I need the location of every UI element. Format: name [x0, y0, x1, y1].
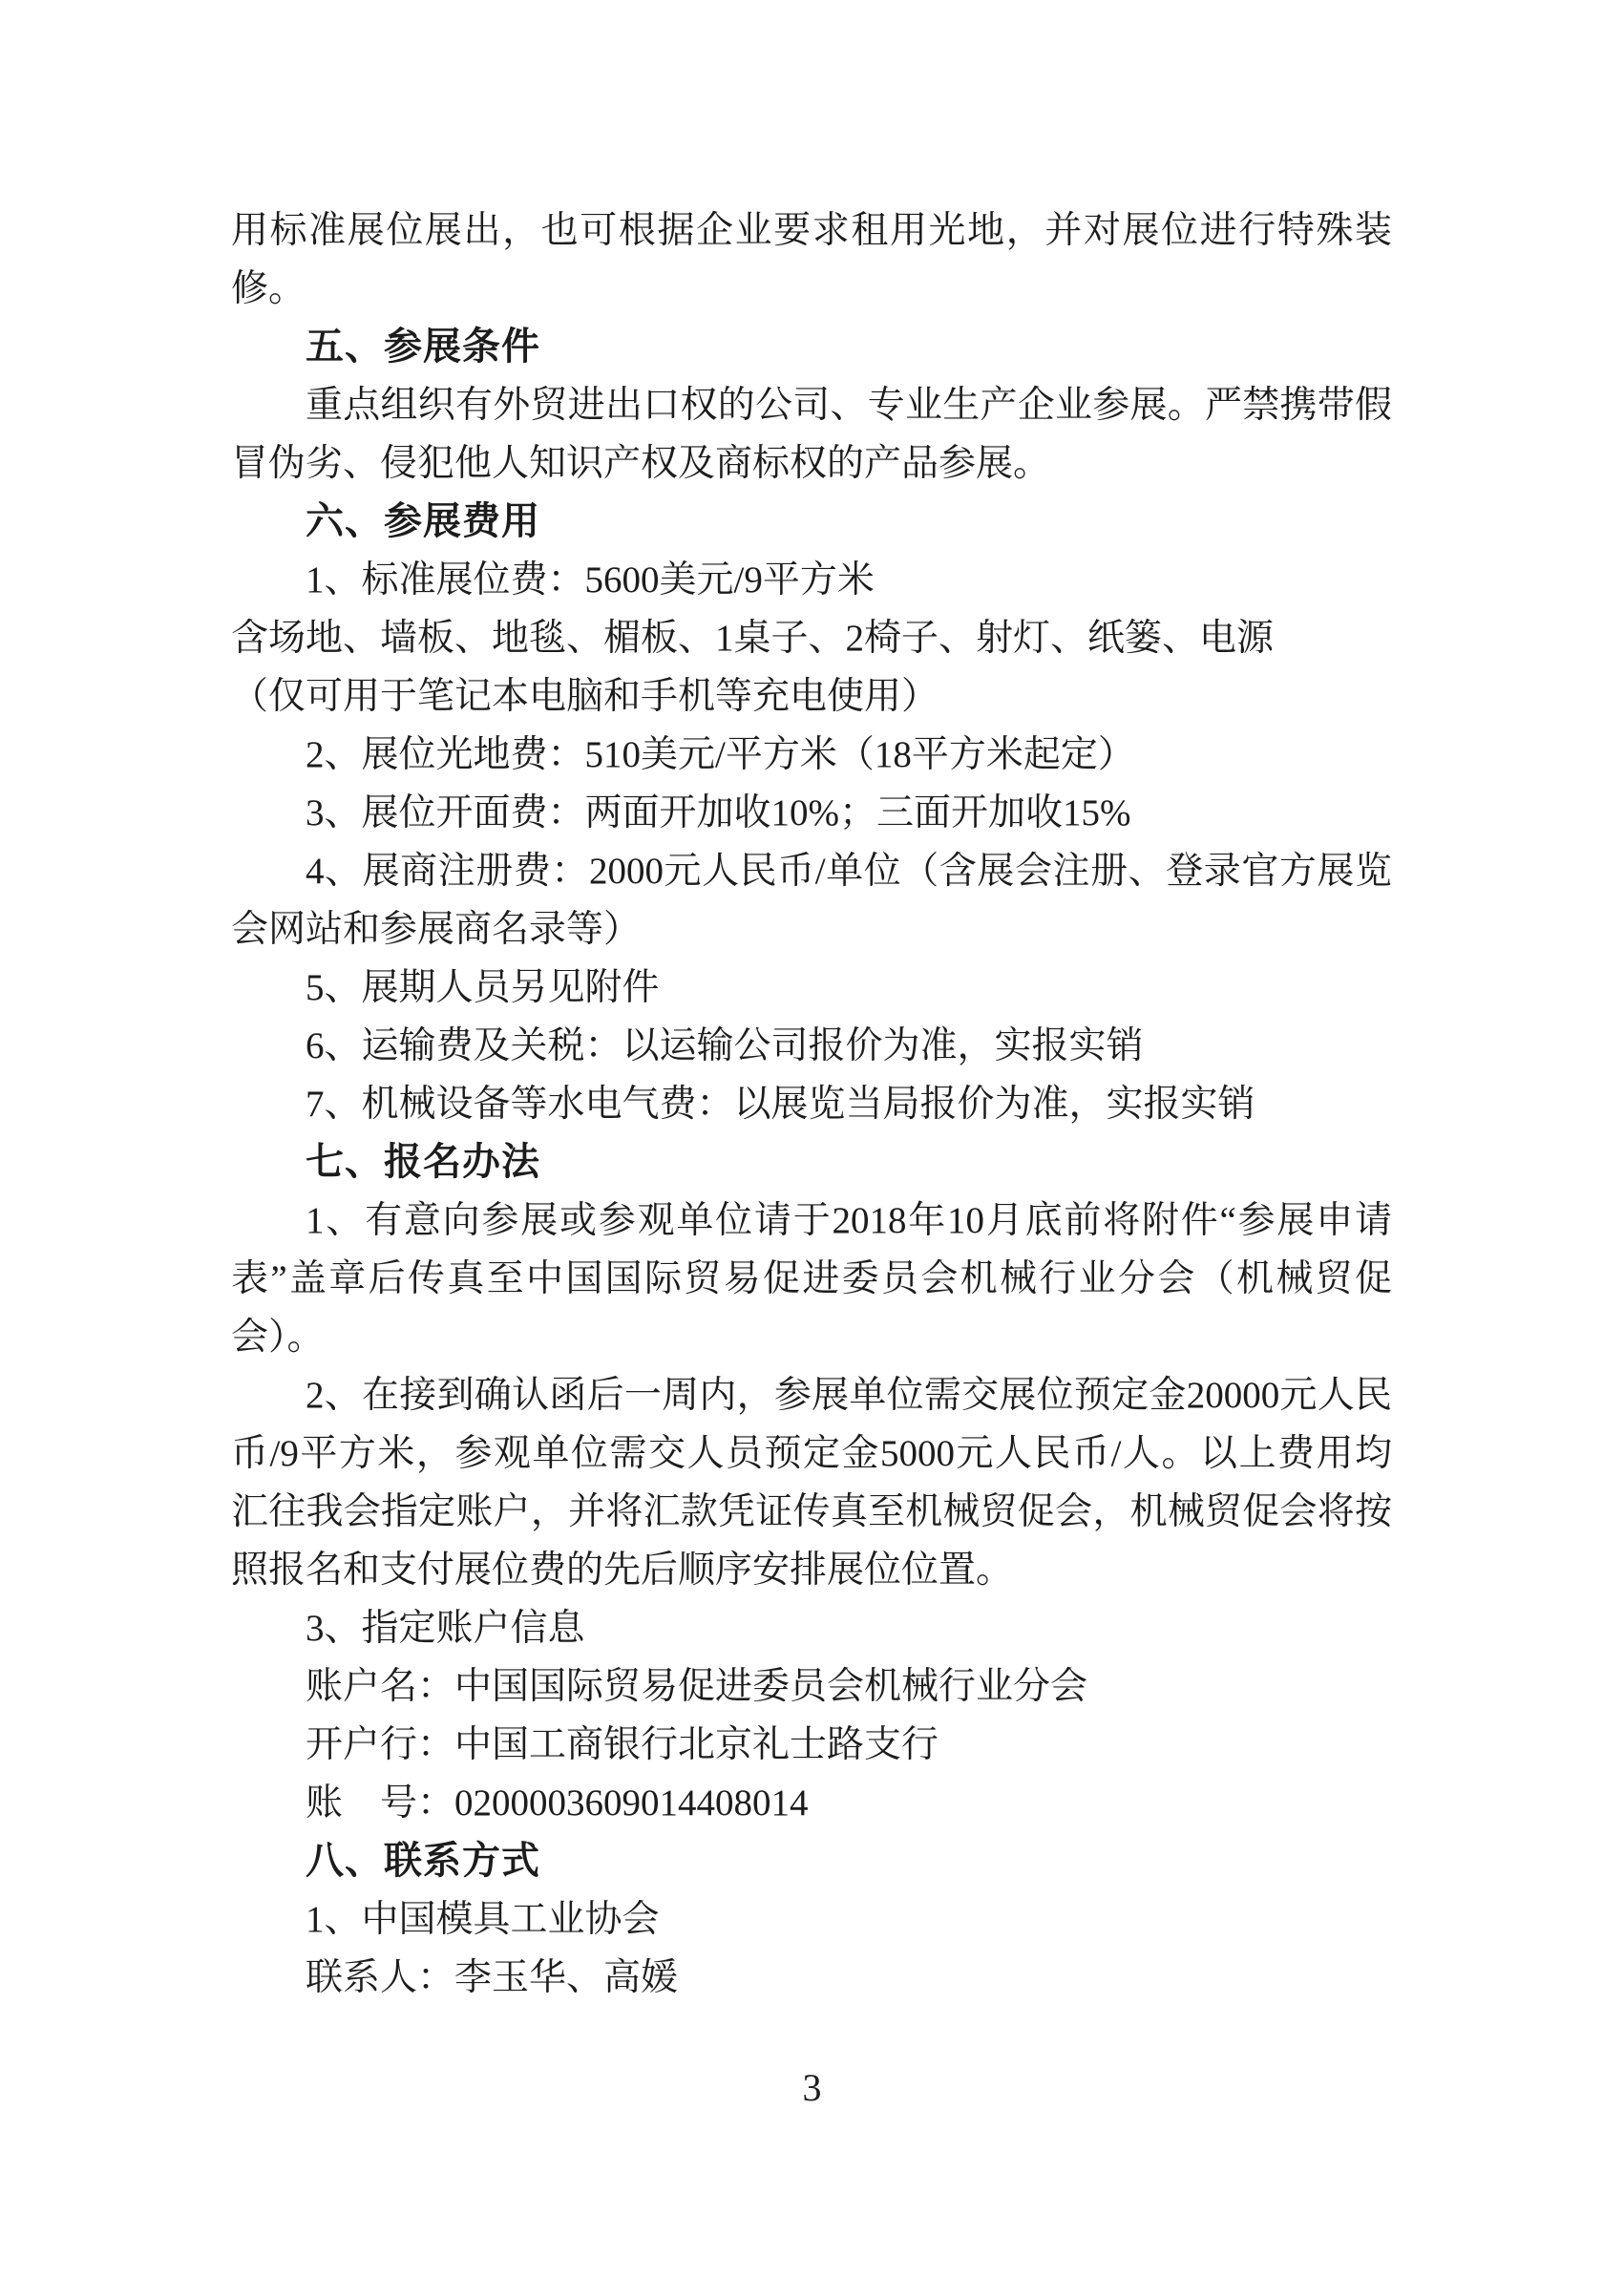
- document-line: 6、运输费及关税：以运输公司报价为准，实报实销: [231, 1017, 1392, 1075]
- document-line: 1、标准展位费：5600美元/9平方米: [231, 551, 1392, 609]
- document-line: 5、展期人员另见附件: [231, 959, 1392, 1017]
- document-line: 联系人：李玉华、高媛: [231, 1949, 1392, 2007]
- page-number: 3: [0, 2058, 1624, 2117]
- document-line: 3、展位开面费：两面开加收10%；三面开加收15%: [231, 784, 1392, 842]
- document-line: 开户行：中国工商银行北京礼士路支行: [231, 1716, 1392, 1774]
- document-page: 用标准展位展出，也可根据企业要求租用光地，并对展位进行特殊装修。五、参展条件重点…: [0, 0, 1624, 2278]
- document-body: 用标准展位展出，也可根据企业要求租用光地，并对展位进行特殊装修。五、参展条件重点…: [231, 201, 1392, 2007]
- document-line: 用标准展位展出，也可根据企业要求租用光地，并对展位进行特殊装: [231, 201, 1392, 260]
- document-line: 1、有意向参展或参观单位请于2018年10月底前将附件“参展申请: [231, 1192, 1392, 1250]
- document-line: 会网站和参展商名录等）: [231, 900, 1392, 959]
- section-heading: 八、联系方式: [231, 1832, 1392, 1890]
- document-line: 账 号：0200003609014408014: [231, 1774, 1392, 1832]
- document-line: 照报名和支付展位费的先后顺序安排展位位置。: [231, 1541, 1392, 1599]
- document-line: 1、中国模具工业协会: [231, 1890, 1392, 1949]
- section-heading: 七、报名办法: [231, 1133, 1392, 1192]
- document-line: 会）。: [231, 1308, 1392, 1366]
- document-line: 修。: [231, 260, 1392, 318]
- section-heading: 五、参展条件: [231, 318, 1392, 376]
- document-line: 4、展商注册费：2000元人民币/单位（含展会注册、登录官方展览: [231, 842, 1392, 900]
- document-line: 账户名：中国国际贸易促进委员会机械行业分会: [231, 1657, 1392, 1716]
- document-line: （仅可用于笔记本电脑和手机等充电使用）: [231, 667, 1392, 726]
- document-line: 2、在接到确认函后一周内，参展单位需交展位预定金20000元人民: [231, 1366, 1392, 1424]
- document-line: 含场地、墙板、地毯、楣板、1桌子、2椅子、射灯、纸篓、电源: [231, 609, 1392, 667]
- document-line: 3、指定账户信息: [231, 1599, 1392, 1657]
- document-line: 重点组织有外贸进出口权的公司、专业生产企业参展。严禁携带假: [231, 376, 1392, 434]
- document-line: 2、展位光地费：510美元/平方米（18平方米起定）: [231, 726, 1392, 784]
- document-line: 汇往我会指定账户，并将汇款凭证传真至机械贸促会，机械贸促会将按: [231, 1483, 1392, 1541]
- document-line: 币/9平方米，参观单位需交人员预定金5000元人民币/人。以上费用均: [231, 1424, 1392, 1483]
- document-line: 7、机械设备等水电气费：以展览当局报价为准，实报实销: [231, 1075, 1392, 1133]
- document-line: 表”盖章后传真至中国国际贸易促进委员会机械行业分会（机械贸促: [231, 1250, 1392, 1308]
- section-heading: 六、参展费用: [231, 493, 1392, 551]
- document-line: 冒伪劣、侵犯他人知识产权及商标权的产品参展。: [231, 434, 1392, 493]
